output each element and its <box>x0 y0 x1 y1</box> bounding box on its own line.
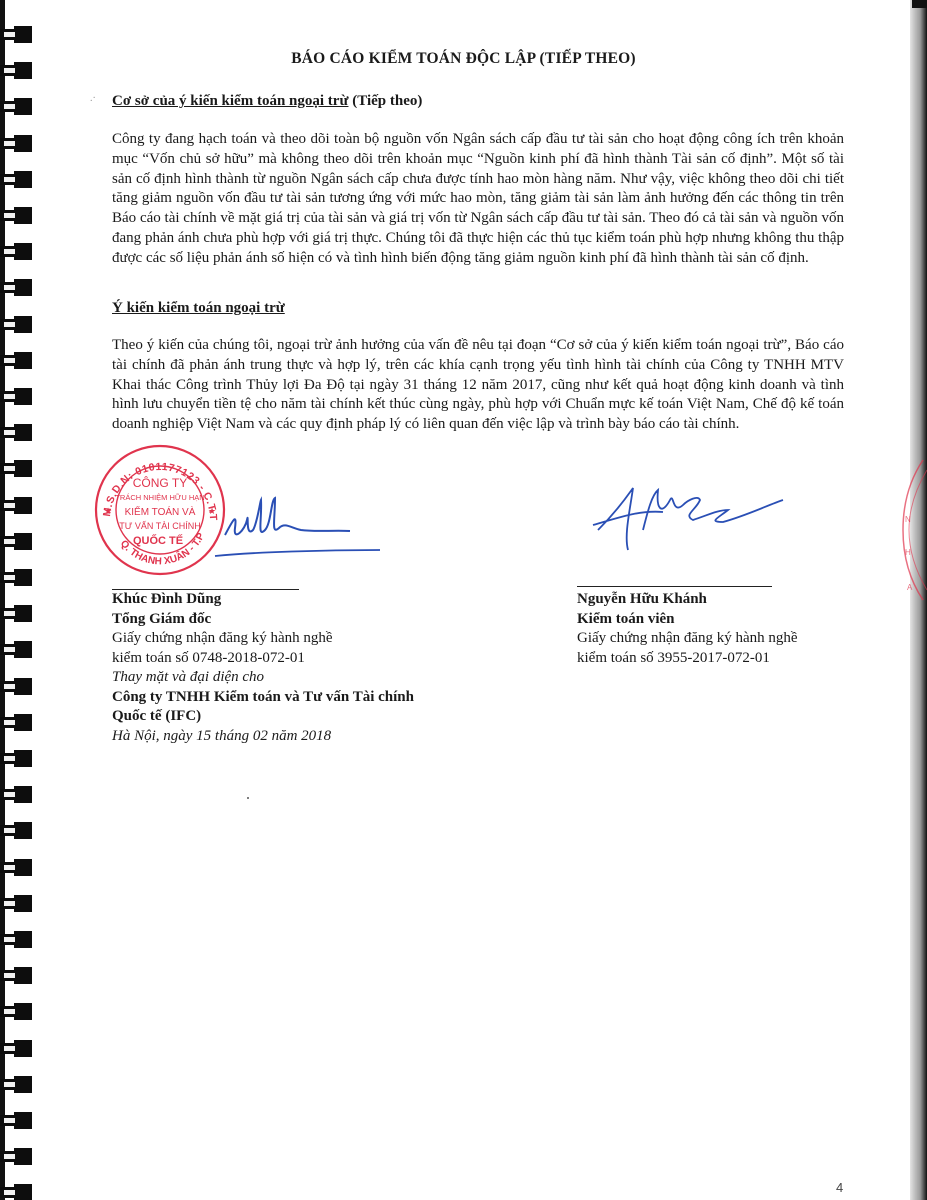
svg-text:N: N <box>905 515 911 524</box>
signatory-left-place-date: Hà Nội, ngày 15 tháng 02 năm 2018 <box>112 727 414 747</box>
binding-ring <box>0 605 33 622</box>
signatory-right-cert-line2: kiểm toán số 3955-2017-072-01 <box>577 649 798 669</box>
binding-ring <box>0 1184 33 1200</box>
basis-heading-suffix: (Tiếp theo) <box>348 93 422 109</box>
binding-ring <box>0 1003 33 1020</box>
signatory-left-on-behalf: Thay mặt và đại diện cho <box>112 668 414 688</box>
binding-ring <box>0 388 33 405</box>
binding-ring <box>0 895 33 912</box>
binding-ring <box>0 714 33 731</box>
binding-ring <box>0 678 33 695</box>
binding-ring <box>0 171 33 188</box>
binding-ring <box>0 352 33 369</box>
binding-ring <box>0 460 33 477</box>
document-title: BÁO CÁO KIỂM TOÁN ĐỘC LẬP (TIẾP THEO) <box>0 50 927 68</box>
basis-paragraph: Công ty đang hạch toán và theo dõi toàn … <box>112 130 844 269</box>
binding-ring <box>0 967 33 984</box>
svg-text:KIỂM TOÁN VÀ: KIỂM TOÁN VÀ <box>125 505 196 518</box>
binding-ring <box>0 135 33 152</box>
binding-ring <box>0 424 33 441</box>
basis-heading-text: Cơ sở của ý kiến kiểm toán ngoại trừ <box>112 93 348 109</box>
signatory-left-company-line1: Công ty TNHH Kiểm toán và Tư vấn Tài chí… <box>112 688 414 708</box>
opinion-heading-text: Ý kiến kiểm toán ngoại trừ <box>112 300 285 316</box>
binding-ring <box>0 1076 33 1093</box>
binding-ring <box>0 1112 33 1129</box>
binding-ring <box>0 497 33 514</box>
svg-text:TƯ VẤN TÀI CHÍNH: TƯ VẤN TÀI CHÍNH <box>119 521 201 531</box>
signatory-left-company-line2: Quốc tế (IFC) <box>112 707 414 727</box>
svg-text:CÔNG TY: CÔNG TY <box>133 475 187 490</box>
signatory-left-name: Khúc Đình Dũng <box>112 590 414 610</box>
partial-stamp-right-edge: N H A <box>895 450 927 610</box>
scan-mark: .· <box>90 93 96 104</box>
signatory-left-position: Tổng Giám đốc <box>112 610 414 630</box>
svg-text:TRÁCH NHIỆM HỮU HẠN: TRÁCH NHIỆM HỮU HẠN <box>115 493 204 502</box>
signature-right <box>588 470 788 565</box>
binding-ring <box>0 786 33 803</box>
signature-line-right <box>577 586 772 587</box>
signatory-left-cert-line2: kiểm toán số 0748-2018-072-01 <box>112 649 414 669</box>
signatory-right-cert-line1: Giấy chứng nhận đăng ký hành nghề <box>577 629 798 649</box>
spiral-binding <box>0 0 40 1200</box>
binding-ring <box>0 859 33 876</box>
binding-ring <box>0 750 33 767</box>
signatory-right-name: Nguyễn Hữu Khánh <box>577 590 798 610</box>
binding-ring <box>0 207 33 224</box>
binding-ring <box>0 641 33 658</box>
binding-ring <box>0 279 33 296</box>
binding-ring <box>0 1148 33 1165</box>
svg-text:QUỐC TẾ: QUỐC TẾ <box>133 533 183 547</box>
binding-ring <box>0 569 33 586</box>
opinion-section-heading: Ý kiến kiểm toán ngoại trừ <box>112 300 285 317</box>
scan-speck <box>247 797 249 799</box>
binding-ring <box>0 533 33 550</box>
signatory-right: Nguyễn Hữu Khánh Kiểm toán viên Giấy chứ… <box>577 590 798 668</box>
signatory-left: Khúc Đình Dũng Tổng Giám đốc Giấy chứng … <box>112 590 414 746</box>
binding-ring <box>0 1040 33 1057</box>
page-number: 4 <box>836 1180 843 1195</box>
signatory-right-position: Kiểm toán viên <box>577 610 798 630</box>
signatory-left-cert-line1: Giấy chứng nhận đăng ký hành nghề <box>112 629 414 649</box>
svg-text:H: H <box>905 548 911 557</box>
binding-ring <box>0 98 33 115</box>
svg-text:★: ★ <box>104 506 112 516</box>
binding-ring <box>0 316 33 333</box>
binding-ring <box>0 26 33 43</box>
opinion-paragraph: Theo ý kiến của chúng tôi, ngoại trừ ảnh… <box>112 336 844 435</box>
binding-ring <box>0 243 33 260</box>
signature-left <box>205 490 380 565</box>
svg-text:A: A <box>907 583 913 592</box>
basis-section-heading: Cơ sở của ý kiến kiểm toán ngoại trừ (Ti… <box>112 93 422 110</box>
binding-ring <box>0 931 33 948</box>
binding-ring <box>0 822 33 839</box>
